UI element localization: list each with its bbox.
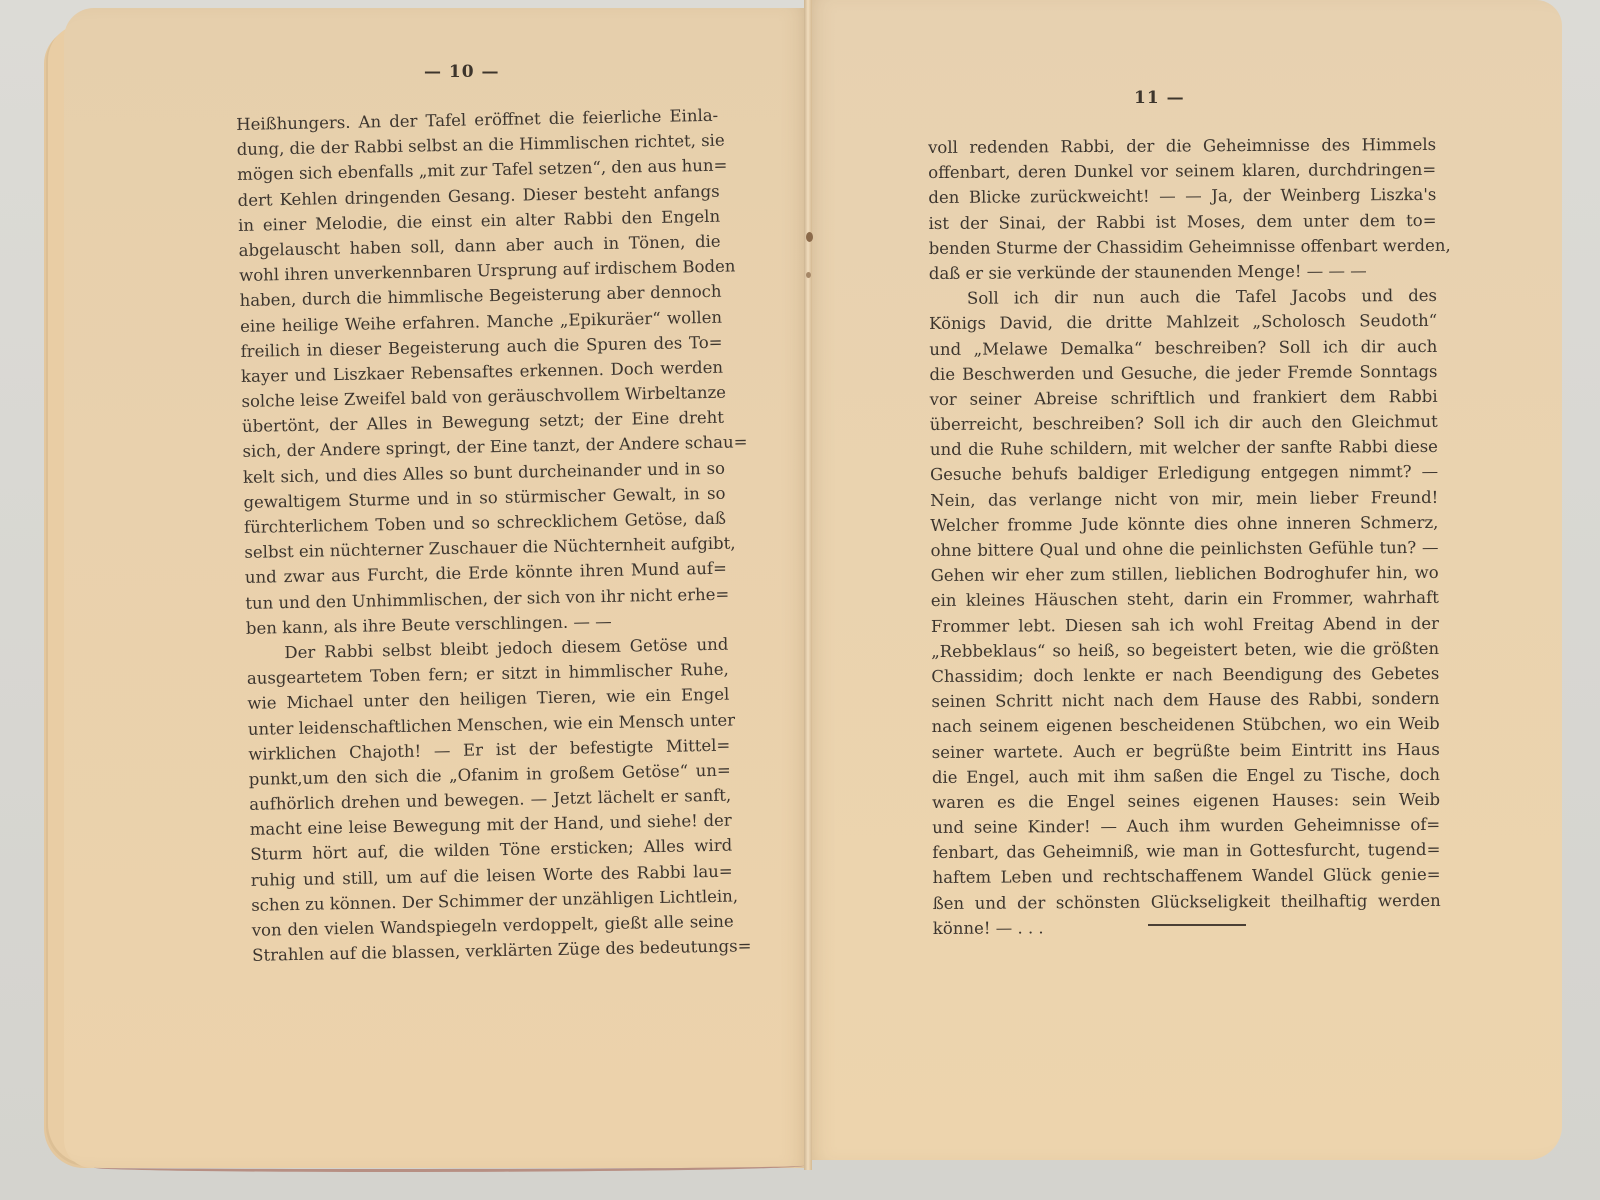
left-page-text: Heißhungers. An der Tafel eröffnet die f… <box>236 103 734 968</box>
binding-staple-mark <box>806 232 813 242</box>
text-line: vor seiner Abreise schriftlich und frank… <box>930 384 1438 412</box>
text-line: könne! — . . . <box>933 913 1441 941</box>
text-line: haftem Leben und rechtschaffenem Wandel … <box>932 862 1440 890</box>
text-line: ein kleines Häuschen steht, darin ein Fr… <box>931 585 1439 613</box>
text-line: und seine Kinder! — Auch ihm wurden Gehe… <box>932 812 1440 840</box>
text-line: Nein, das verlange nicht von mir, mein l… <box>930 485 1438 513</box>
text-line: waren es die Engel seines eigenen Hauses… <box>932 787 1440 815</box>
text-line: seinen Schritt nicht nach dem Hause des … <box>931 686 1439 714</box>
text-line: überreicht, beschreiben? Soll ich dir au… <box>930 409 1438 437</box>
text-line: Gehen wir eher zum stillen, lieblichen B… <box>931 560 1439 588</box>
right-page-number: 11 — <box>1134 88 1185 108</box>
text-line: und die Ruhe schildern, mit welcher der … <box>930 434 1438 462</box>
text-line: fenbart, das Geheimniß, wie man in Gotte… <box>932 837 1440 865</box>
book-gutter <box>804 0 812 1170</box>
text-line: die Engel, auch mit ihm saßen die Engel … <box>932 762 1440 790</box>
right-page-text: voll redenden Rabbi, der die Geheimnisse… <box>928 132 1441 941</box>
text-line: daß er sie verkünde der staunenden Menge… <box>929 258 1437 286</box>
text-line: ohne bittere Qual und ohne die peinlichs… <box>930 535 1438 563</box>
text-line: voll redenden Rabbi, der die Geheimnisse… <box>928 132 1436 160</box>
binding-dot-mark <box>806 272 811 278</box>
text-line: Königs David, die dritte Mahlzeit „Schol… <box>929 308 1437 336</box>
text-line: und „Melawe Demalka“ beschreiben? Soll i… <box>929 333 1437 361</box>
text-line: seiner wartete. Auch er begrüßte beim Ei… <box>932 736 1440 764</box>
text-line: offenbart, deren Dunkel vor seinem klare… <box>928 157 1436 185</box>
text-line: Gesuche behufs baldiger Erledigung entge… <box>930 459 1438 487</box>
text-line: „Rebbeklaus“ so heiß, so begeistert bete… <box>931 636 1439 664</box>
text-line: Welcher fromme Jude könnte dies ohne inn… <box>930 510 1438 538</box>
paragraph-start-line: Soll ich dir nun auch die Tafel Jacobs u… <box>929 283 1437 311</box>
chapter-end-rule <box>1148 924 1246 926</box>
text-line: Frommer lebt. Diesen sah ich wohl Freita… <box>931 610 1439 638</box>
text-line: Chassidim; doch lenkte er nach Beendigun… <box>931 661 1439 689</box>
text-line: die Beschwerden und Gesuche, die jeder F… <box>929 359 1437 387</box>
text-line: nach seinem eigenen bescheidenen Stübche… <box>932 711 1440 739</box>
text-line: ist der Sinai, der Rabbi ist Moses, dem … <box>928 207 1436 235</box>
text-line: den Blicke zurückweicht! — — Ja, der Wei… <box>928 182 1436 210</box>
text-line: ßen und der schönsten Glückseligkeit the… <box>933 888 1441 916</box>
left-page-number: — 10 — <box>424 62 500 82</box>
text-line: benden Sturme der Chassidim Geheimnisse … <box>929 233 1437 261</box>
